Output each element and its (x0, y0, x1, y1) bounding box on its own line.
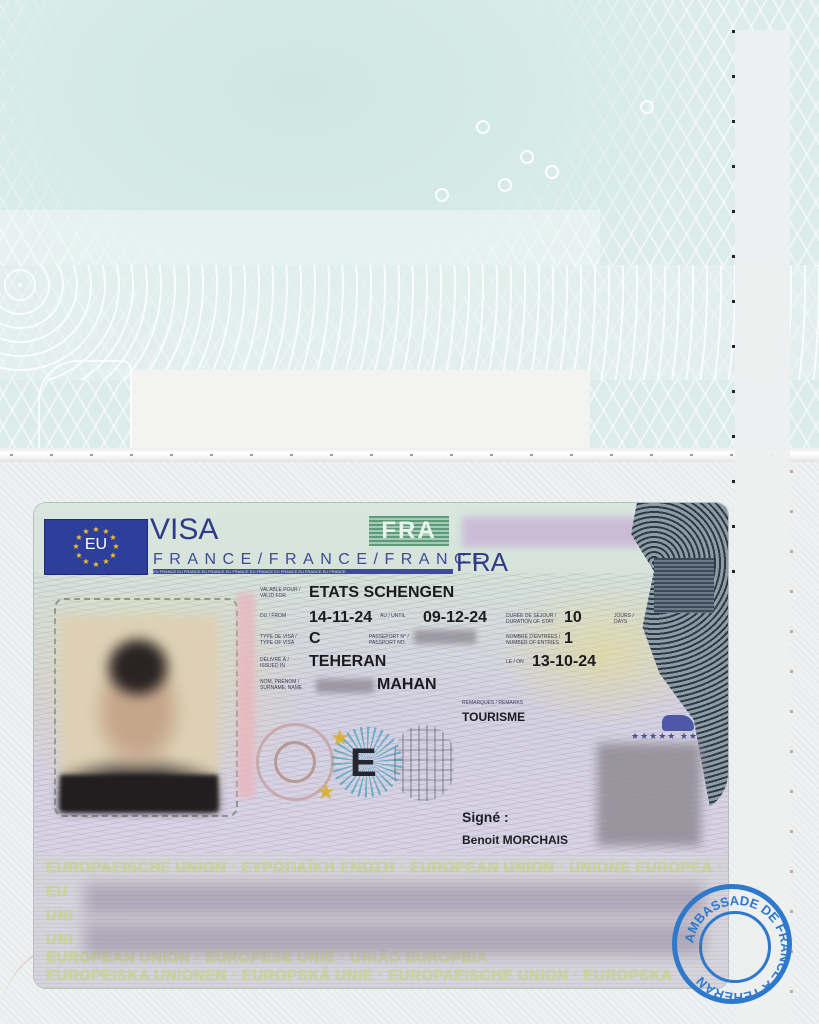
field-issued-in: TEHERAN (309, 653, 386, 671)
circle-dot-decoration (498, 178, 512, 192)
svg-text:★: ★ (102, 557, 109, 566)
field-label-type-of-visa: Type de visa / Type of visa (260, 634, 306, 646)
field-number-of-entries: 1 (564, 630, 573, 648)
eu-flag-icon: ★★★ ★★★ ★★★ ★★★ EU (44, 519, 148, 575)
field-remarks: TOURISME (462, 710, 525, 724)
signatory-name: Benoit MORCHAIS (462, 833, 568, 847)
country-code: FRA (456, 547, 508, 578)
redacted-surname (316, 679, 374, 693)
field-until: 09-12-24 (423, 609, 487, 627)
microprint-line: EU FRANCE EU FRANCE EU FRANCE EU FRANCE … (153, 569, 453, 574)
svg-text:★: ★ (82, 557, 89, 566)
ribbon-window (654, 558, 714, 613)
holder-photo-shoulders (60, 775, 218, 812)
circle-dot-decoration (640, 100, 654, 114)
svg-text:★: ★ (92, 560, 99, 569)
circle-dot-decoration (435, 188, 449, 202)
binding-stitch (10, 454, 800, 456)
svg-text:★: ★ (82, 527, 89, 536)
field-issued-on: 13-10-24 (532, 653, 596, 671)
redacted-mrz-line-1 (84, 883, 704, 915)
svg-text:★: ★ (92, 525, 99, 534)
watermark-text: EUROPAEISCHE UNION · ΕΥΡΩΠΑΪΚΗ ΕΝΩΣΗ · E… (46, 859, 728, 876)
stamp-text: AMBASSADE DE FRANCE A TEHERAN (681, 893, 793, 1005)
field-label-from: Du / From (260, 613, 306, 619)
blank-panel (130, 370, 590, 450)
redacted-passport-no (414, 630, 476, 644)
ghost-image-strip (237, 593, 255, 798)
gold-star-icon: ★ (316, 779, 336, 805)
redacted-signature (597, 743, 701, 846)
watermark-text: UNI (46, 931, 73, 948)
seal-inner-ring (274, 741, 316, 783)
watermark-text: EUROPEISKA UNIONEN · EUROPSKÁ UNIE · EUR… (46, 967, 672, 984)
mrz-zone: EUROPAEISCHE UNION · ΕΥΡΩΠΑΪΚΗ ΕΝΩΣΗ · E… (34, 853, 728, 988)
signature-label: Signé : (462, 809, 509, 825)
circle-dot-decoration (476, 120, 490, 134)
visa-sticker: ★★★ ★★★ ★★★ ★★★ EU VISA FRANCE/FRANCE/FR… (34, 503, 728, 988)
watermark-text: UNI (46, 907, 73, 924)
field-duration: 10 (564, 609, 582, 627)
field-label-remarks: Remarques / Remarks (462, 700, 532, 706)
redacted-page-number-strip (735, 30, 790, 1024)
field-from: 14-11-24 (309, 609, 372, 627)
eu-flag-label: EU (45, 536, 147, 554)
watermark-text: EU (46, 883, 68, 900)
field-label-until: Au / Until (380, 613, 420, 619)
field-label-issued-on: Le / On (506, 659, 526, 665)
stamp-text-ring: AMBASSADE DE FRANCE A TEHERAN (677, 889, 797, 1009)
field-label-surname-name: Nom, prénom / Surname, name (260, 679, 306, 691)
field-type-of-visa: C (309, 630, 321, 648)
field-label-number-of-entries: Nombre d'entrées / Number of entries (506, 634, 564, 646)
field-label-duration: Durée de séjour / Duration of stay (506, 613, 564, 625)
field-unit-days: Jours / Days (614, 613, 640, 625)
maze-pattern (394, 725, 454, 801)
rhino-emblem-icon (662, 715, 694, 731)
redacted-visa-number (462, 517, 642, 547)
page-band (0, 210, 600, 265)
stars-row-icon: ★★★★★ ★★ (631, 731, 698, 742)
field-label-passport-no: Passeport n° / Passport No. (369, 634, 419, 646)
field-label-issued-in: Délivré à / Issued in (260, 657, 306, 669)
issuing-country-line: FRANCE/FRANCE/FRANCE (153, 551, 489, 569)
circle-dot-decoration (545, 165, 559, 179)
visa-title: VISA (150, 513, 218, 547)
gold-star-icon: ★ (330, 725, 350, 751)
perforation-dots (732, 30, 735, 590)
redacted-mrz-line-2 (84, 923, 704, 955)
embassy-stamp: AMBASSADE DE FRANCE A TEHERAN (672, 884, 792, 1004)
country-code-emboss: FRA (369, 516, 449, 546)
field-valid-for: ETATS SCHENGEN (309, 584, 454, 602)
eu-hologram-icon: E (350, 741, 377, 786)
circle-dot-decoration (520, 150, 534, 164)
passport-page-upper (0, 0, 819, 455)
field-label-valid-for: Valable pour / Valid for (260, 587, 306, 599)
field-name: MAHAN (377, 676, 437, 694)
